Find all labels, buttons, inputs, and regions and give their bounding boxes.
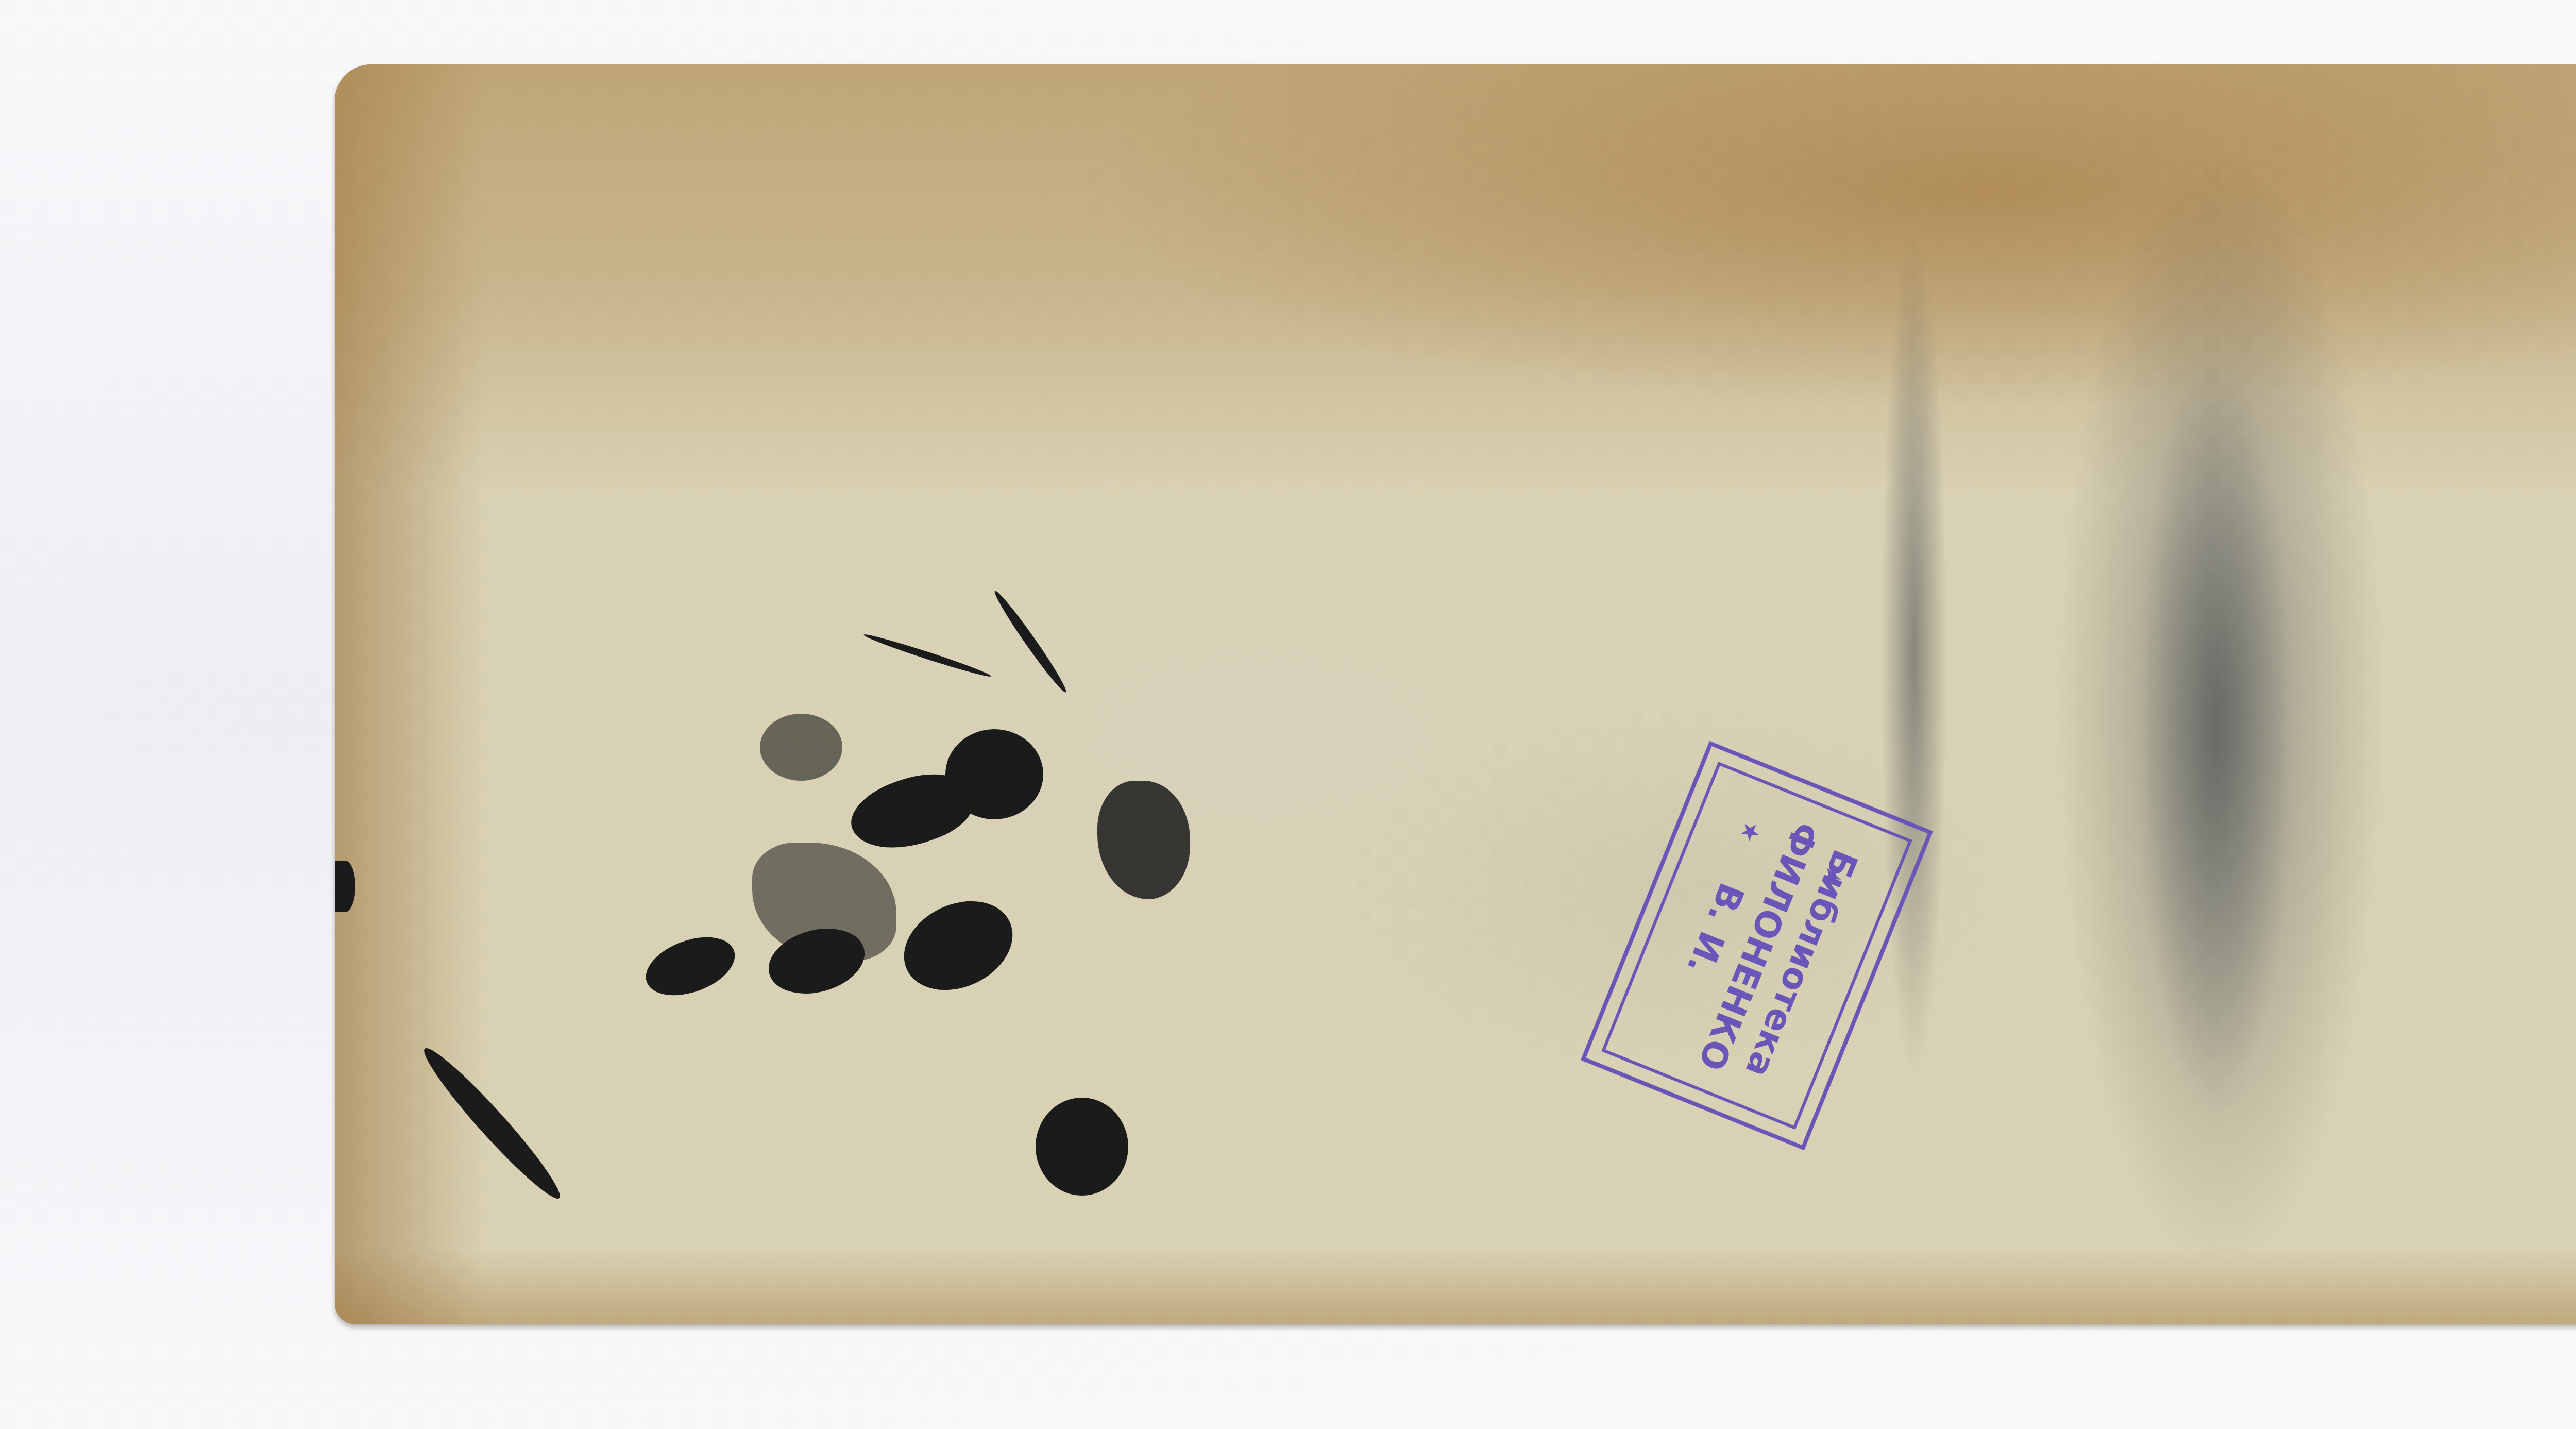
star-icon: ★ [1734,817,1768,847]
paper-page: Библиотека ★ ФИЛОНЕНКО В. И. ★ [335,64,2576,1324]
library-stamp: Библиотека ★ ФИЛОНЕНКО В. И. ★ [1592,734,1922,1157]
